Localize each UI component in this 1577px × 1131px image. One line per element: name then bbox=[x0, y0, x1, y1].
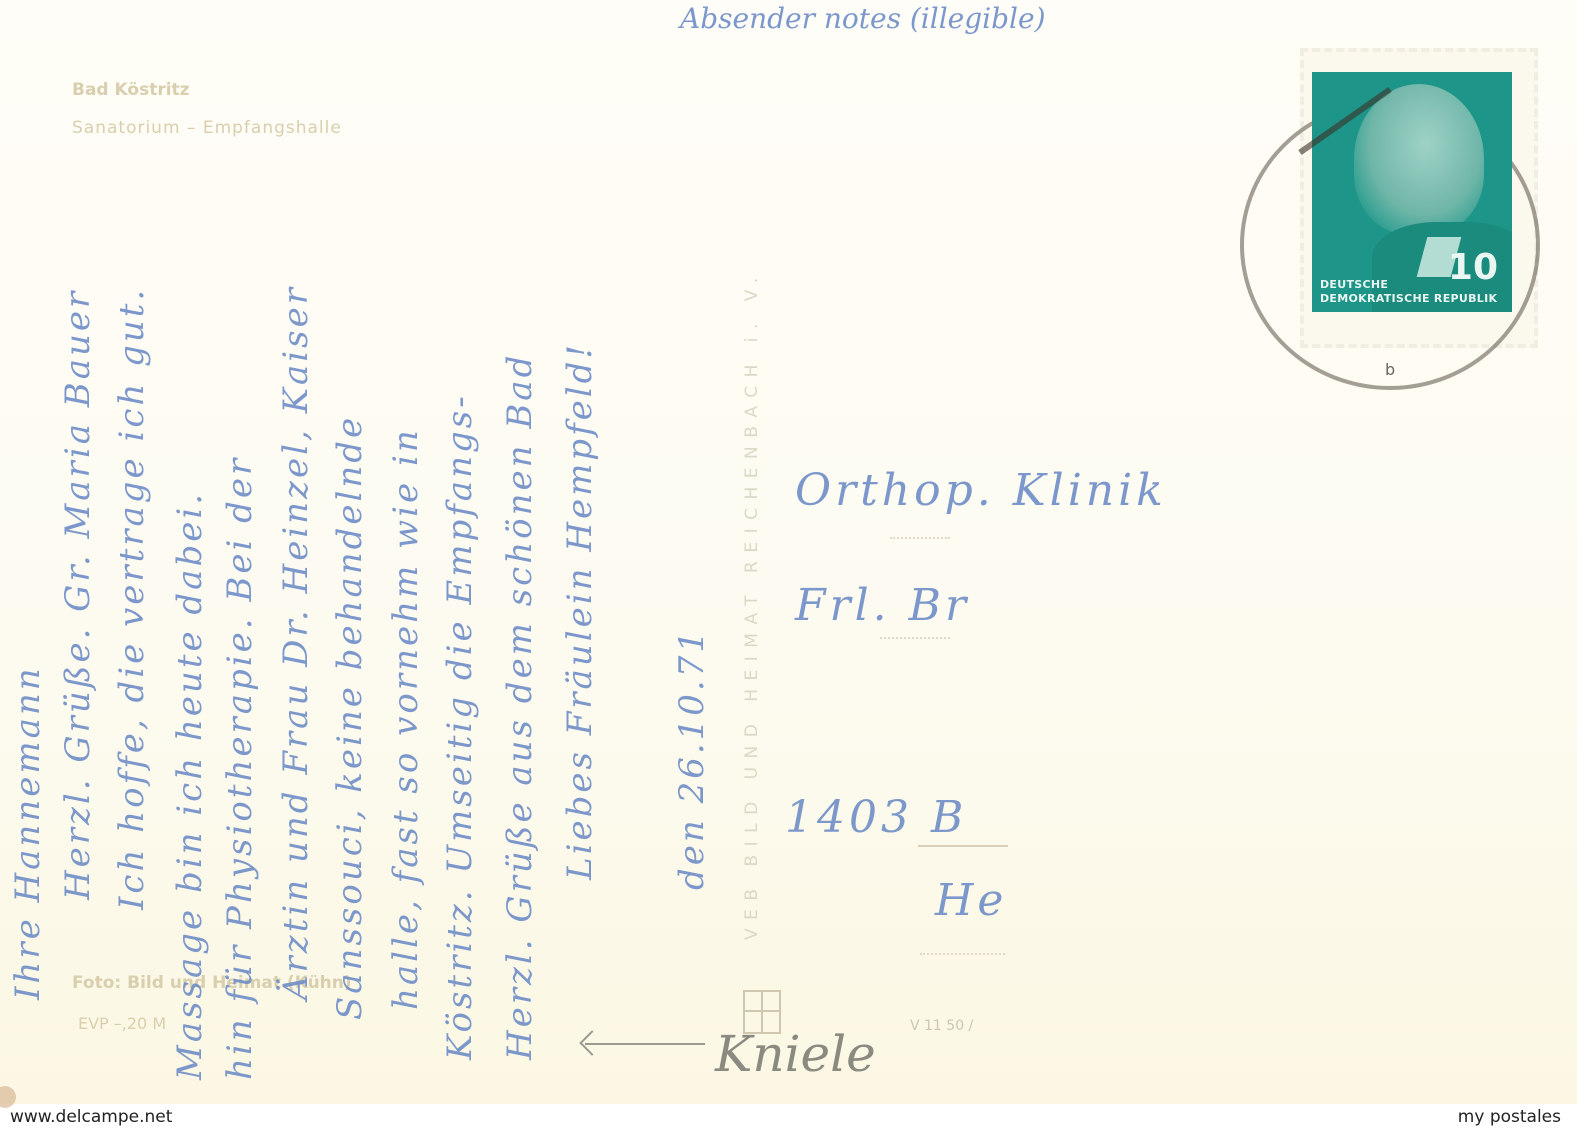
message-line: Massage bin ich heute dabei. bbox=[170, 491, 210, 1080]
stamp-value: 10 bbox=[1448, 247, 1498, 288]
message-line: Sanssouci, keine behandelnde bbox=[330, 415, 370, 1020]
arrow-left-icon bbox=[585, 1043, 705, 1045]
watermark-mypostales: my postales bbox=[1458, 1107, 1561, 1127]
caption-title: Bad Köstritz bbox=[72, 80, 190, 100]
stamp-country-line1: DEUTSCHE bbox=[1320, 278, 1388, 291]
postage-stamp: 10 DEUTSCHE DEMOKRATISCHE REPUBLIK bbox=[1312, 72, 1512, 312]
sender-notes: Absender notes (illegible) bbox=[680, 2, 1046, 35]
message-line: Ich hoffe, die vertrage ich gut. bbox=[112, 287, 152, 910]
stamp-country-line2: DEMOKRATISCHE REPUBLIK bbox=[1320, 292, 1497, 305]
postmark-letter: b bbox=[1385, 360, 1395, 379]
message-line: Ihre Hannemann bbox=[8, 665, 48, 1000]
address-dotted-line bbox=[920, 953, 1005, 955]
address-line-4: He bbox=[935, 875, 1007, 926]
message-line: halle, fast so vornehm wie in bbox=[386, 427, 426, 1010]
address-underline bbox=[918, 845, 1008, 847]
address-line-2: Frl. Br bbox=[795, 580, 970, 631]
message-line: hin für Physiotherapie. Bei der bbox=[220, 456, 260, 1080]
address-dotted-line bbox=[890, 537, 950, 539]
message-line: Herzl. Grüße aus dem schönen Bad bbox=[500, 353, 540, 1060]
message-line: Herzl. Grüße. Gr. Maria Bauer bbox=[58, 289, 98, 900]
print-code: V 11 50 / bbox=[910, 1018, 973, 1034]
postcard-back: Bad Köstritz Sanatorium – Empfangshalle … bbox=[0, 0, 1577, 1104]
address-line-1: Orthop. Klinik bbox=[795, 465, 1167, 516]
message-line: Köstritz. Umseitig die Empfangs- bbox=[440, 393, 480, 1060]
watermark-delcampe: www.delcampe.net bbox=[10, 1107, 172, 1127]
portrait-head-icon bbox=[1354, 84, 1484, 234]
corner-stain bbox=[0, 1086, 16, 1108]
pencil-note: Kniele bbox=[715, 1025, 876, 1083]
date-handwritten: den 26.10.71 bbox=[672, 628, 712, 890]
address-line-3: 1403 B bbox=[785, 792, 967, 843]
price-label: EVP –,20 M bbox=[78, 1014, 166, 1033]
caption-subtitle: Sanatorium – Empfangshalle bbox=[72, 118, 342, 138]
publisher-vertical: VEB BILD UND HEIMAT REICHENBACH i. V. bbox=[742, 269, 762, 940]
address-dotted-line bbox=[880, 637, 950, 639]
message-line: Liebes Fräulein Hempfeld! bbox=[560, 342, 600, 880]
message-line: Ärztin und Frau Dr. Heinzel, Kaiser bbox=[276, 285, 316, 1000]
